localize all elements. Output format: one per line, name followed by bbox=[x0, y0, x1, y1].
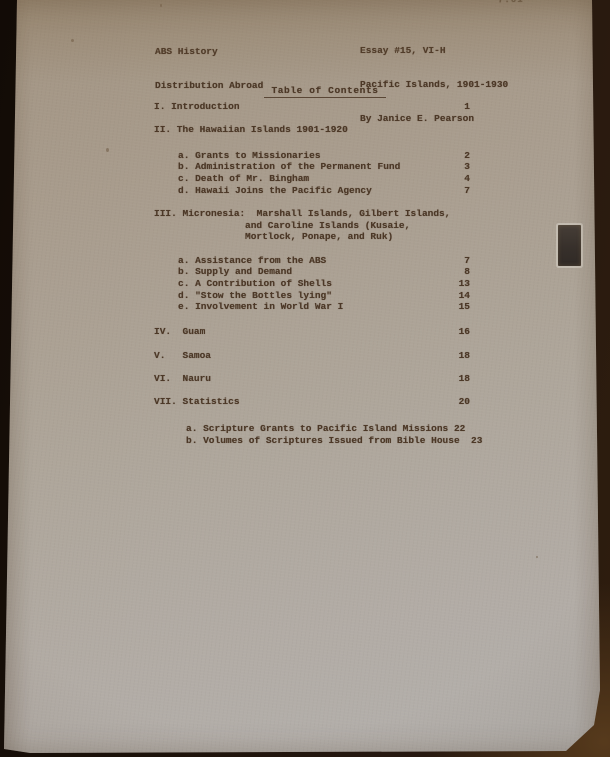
paper-speck bbox=[106, 148, 109, 152]
toc-entry-page: 4 bbox=[428, 173, 470, 184]
toc-entry-page: 18 bbox=[428, 350, 470, 361]
header-right-line1: Essay #15, VI-H bbox=[360, 45, 508, 56]
toc-entry: a. Scripture Grants to Pacific Island Mi… bbox=[0, 423, 610, 435]
document-page: 7.01 ABS History Distribution Abroad Ess… bbox=[0, 0, 610, 757]
toc-entry: e. Involvement in World War I 15 bbox=[0, 301, 610, 313]
toc-entry-text: c. A Contribution of Shells bbox=[178, 278, 332, 289]
toc-entry: b. Volumes of Scriptures Issued from Bib… bbox=[0, 435, 610, 447]
header-left-line1: ABS History bbox=[155, 46, 263, 57]
toc-entry: c. Death of Mr. Bingham 4 bbox=[0, 173, 610, 185]
toc-entry-text: b. Administration of the Permanent Fund bbox=[178, 161, 400, 172]
toc-entry: c. A Contribution of Shells 13 bbox=[0, 278, 610, 290]
toc-entry: II. The Hawaiian Islands 1901-1920 bbox=[0, 124, 610, 136]
toc-entry-text: V. Samoa bbox=[154, 350, 211, 361]
toc-entry-page: 7 bbox=[428, 255, 470, 266]
toc-entry-page: 20 bbox=[428, 396, 470, 407]
paper-speck bbox=[71, 39, 74, 42]
toc-entry-text: III. Micronesia: Marshall Islands, Gilbe… bbox=[154, 208, 450, 219]
toc-entry-text: VI. Nauru bbox=[154, 373, 211, 384]
toc-entry-text: and Caroline Islands (Kusaie, bbox=[245, 220, 410, 231]
toc-entry-continuation: Mortlock, Ponape, and Ruk) bbox=[0, 231, 610, 243]
toc-entry-text: e. Involvement in World War I bbox=[178, 301, 343, 312]
toc-entry-text: VII. Statistics bbox=[154, 396, 240, 407]
toc-entry-text: IV. Guam bbox=[154, 326, 205, 337]
toc-entry-page: 15 bbox=[428, 301, 470, 312]
toc-entry-page: 1 bbox=[428, 101, 470, 112]
toc-entry: VII. Statistics 20 bbox=[0, 396, 610, 408]
toc-title-wrap: Table of Contents bbox=[0, 80, 610, 98]
toc-entry-text: d. Hawaii Joins the Pacific Agency bbox=[178, 185, 372, 196]
toc-entry: VI. Nauru 18 bbox=[0, 373, 610, 385]
toc-entry: d. Hawaii Joins the Pacific Agency 7 bbox=[0, 185, 610, 197]
toc-entry-page: 2 bbox=[428, 150, 470, 161]
toc-entry-page: 8 bbox=[428, 266, 470, 277]
page-title: Table of Contents bbox=[264, 85, 385, 98]
toc-entry-text: a. Scripture Grants to Pacific Island Mi… bbox=[186, 423, 465, 434]
toc-entry-text: II. The Hawaiian Islands 1901-1920 bbox=[154, 124, 348, 135]
toc-entry: b. Administration of the Permanent Fund … bbox=[0, 161, 610, 173]
toc-entry-text: a. Grants to Missionaries bbox=[178, 150, 321, 161]
header-right-line3: By Janice E. Pearson bbox=[360, 113, 508, 124]
toc-entry: V. Samoa 18 bbox=[0, 350, 610, 362]
toc-entry-text: I. Introduction bbox=[154, 101, 240, 112]
toc-entry-page: 18 bbox=[428, 373, 470, 384]
toc-entry-text: c. Death of Mr. Bingham bbox=[178, 173, 309, 184]
paper-speck bbox=[536, 556, 538, 558]
corner-mark: 7.01 bbox=[498, 0, 524, 5]
toc-entry: b. Supply and Demand 8 bbox=[0, 266, 610, 278]
photo-background: 7.01 ABS History Distribution Abroad Ess… bbox=[0, 0, 610, 757]
toc-entry-page: 7 bbox=[428, 185, 470, 196]
toc-entry-page: 3 bbox=[428, 161, 470, 172]
toc-entry-text: a. Assistance from the ABS bbox=[178, 255, 326, 266]
toc-entry-text: b. Supply and Demand bbox=[178, 266, 292, 277]
toc-entry: I. Introduction 1 bbox=[0, 101, 610, 113]
paper-speck bbox=[160, 4, 162, 7]
toc-entry-page: 14 bbox=[428, 290, 470, 301]
toc-entry-page: 16 bbox=[428, 326, 470, 337]
toc-entry: III. Micronesia: Marshall Islands, Gilbe… bbox=[0, 208, 610, 220]
black-tab-marker bbox=[558, 225, 581, 266]
toc-entry-text: b. Volumes of Scriptures Issued from Bib… bbox=[186, 435, 482, 446]
toc-entry: IV. Guam 16 bbox=[0, 326, 610, 338]
toc-entry-text: Mortlock, Ponape, and Ruk) bbox=[245, 231, 393, 242]
toc-entry-text: d. "Stow the Bottles lying" bbox=[178, 290, 332, 301]
toc-entry-page: 13 bbox=[428, 278, 470, 289]
